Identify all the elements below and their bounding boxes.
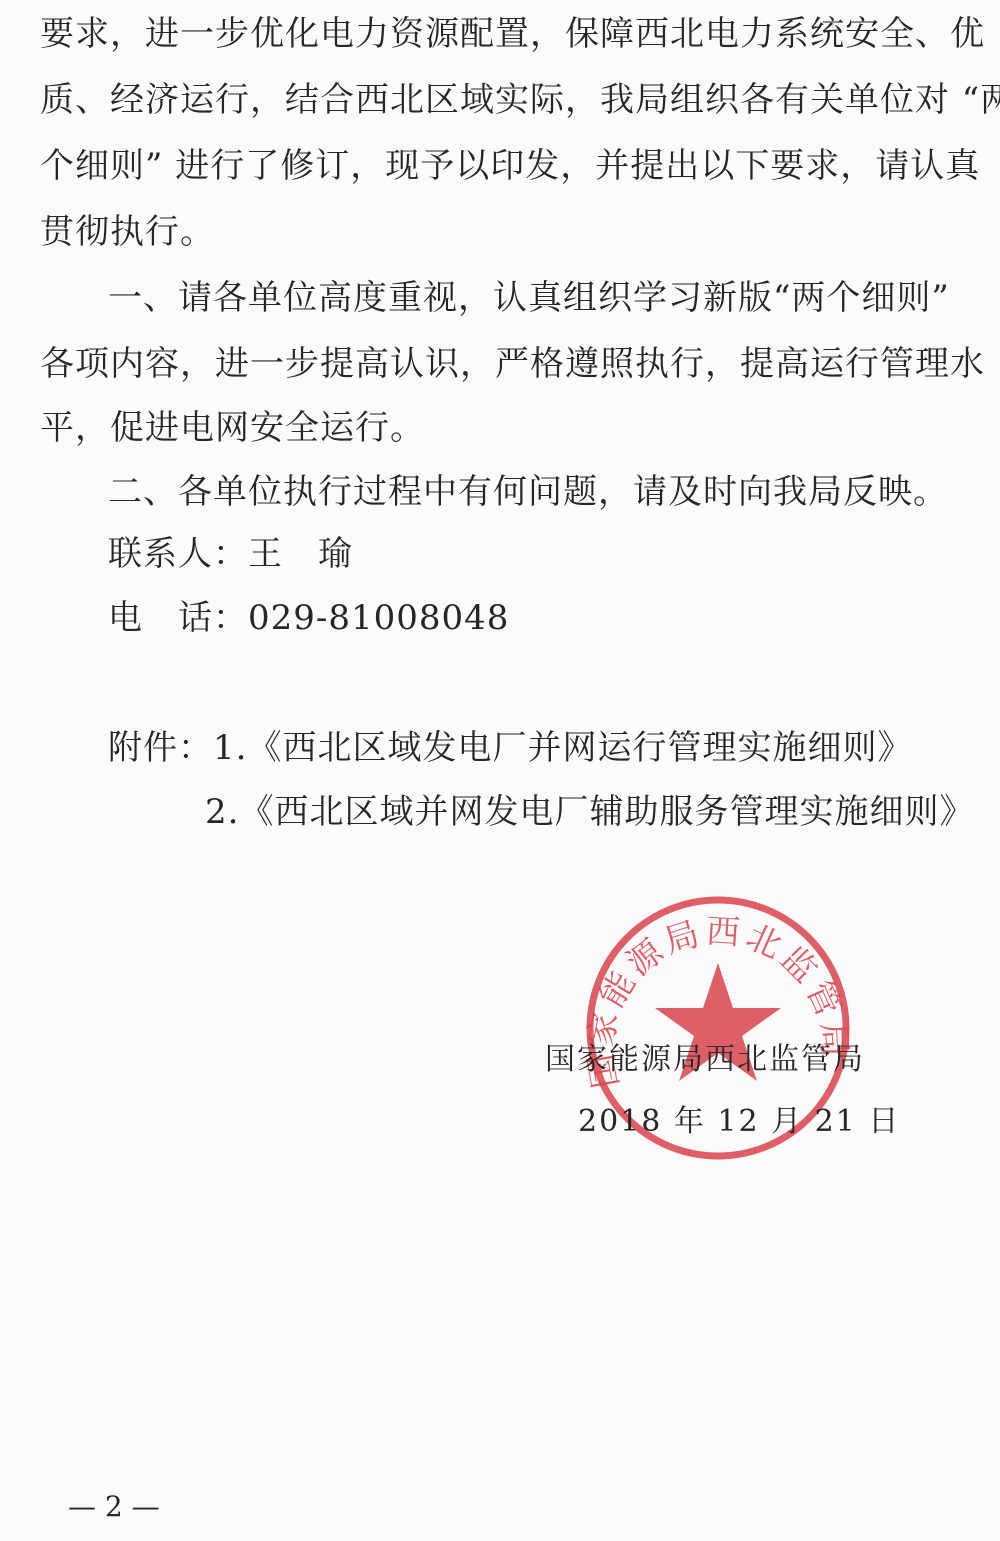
item1-line-2: 各项内容，进一步提高认识，严格遵照执行，提高运行管理水 <box>40 344 985 384</box>
signature-date: 2018 年 12 月 21 日 <box>578 1104 900 1140</box>
item2-line: 二、各单位执行过程中有何问题，请及时向我局反映。 <box>108 472 948 512</box>
item1-line-1: 一、请各单位高度重视，认真组织学习新版“两个细则” <box>108 278 950 318</box>
intro-line-4: 贯彻执行。 <box>40 212 215 252</box>
page-number: — 2 — <box>68 1490 160 1523</box>
intro-line-3: 个细则” 进行了修订，现予以印发，并提出以下要求，请认真 <box>40 146 980 186</box>
signature-org: 国家能源局西北监管局 <box>545 1042 865 1078</box>
item1-line-3: 平，促进电网安全运行。 <box>40 408 425 448</box>
attachment-2: 2.《西北区域并网发电厂辅助服务管理实施细则》 <box>205 792 974 832</box>
attachment-1: 附件：1.《西北区域发电厂并网运行管理实施细则》 <box>108 728 912 768</box>
intro-line-2: 质、经济运行，结合西北区域实际，我局组织各有关单位对 “两 <box>40 80 1000 120</box>
intro-line-1: 要求，进一步优化电力资源配置，保障西北电力系统安全、优 <box>40 14 985 54</box>
phone-line: 电 话：029-81008048 <box>108 598 509 638</box>
contact-line: 联系人：王 瑜 <box>108 534 353 574</box>
